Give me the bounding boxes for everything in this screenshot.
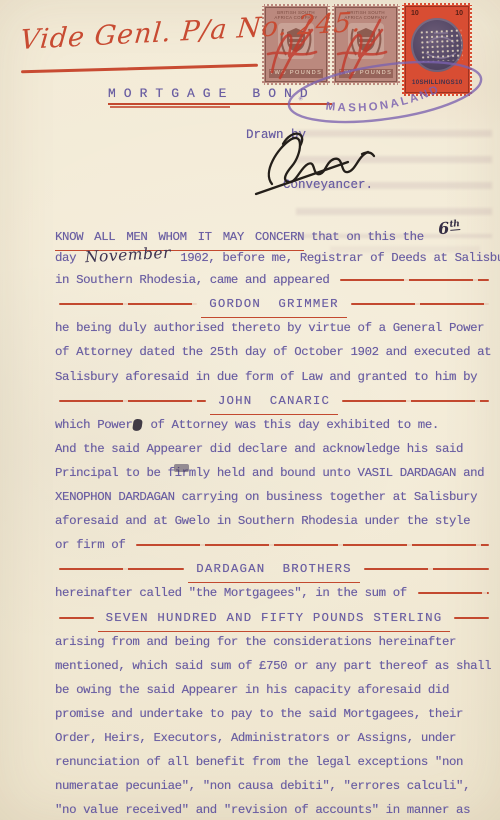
red-rule [59,303,197,305]
body-line: Salisbury aforesaid in due form of Law a… [55,365,493,389]
typewritten-text: he being duly authorised thereto by virt… [55,316,484,340]
typewritten-text: GORDON GRIMMER [201,292,347,318]
red-rule [59,400,206,402]
body-line: of Attorney dated the 25th day of Octobe… [55,340,493,364]
body-line: DARDAGAN BROTHERS [55,557,493,581]
stamp-value-row: 10 SHILLINGS 10 [409,78,465,88]
stamp-denomination: 10 [455,80,462,86]
body-line: SEVEN HUNDRED AND FIFTY POUNDS STERLING [55,606,493,630]
title-word: BOND [252,86,315,101]
body-line: Principal to be firmly held and bound un… [55,461,493,485]
typewritten-text: of Attorney was this day exhibited to me… [143,413,439,437]
red-rule [340,279,489,281]
revenue-stamp-ten-shillings: 10 10 10 SHILLINGS 10 [402,3,472,96]
typewritten-text: aforesaid and at Gwelo in Southern Rhode… [55,509,470,533]
note-underline [21,64,258,73]
stamp-denomination: 10 [411,10,419,17]
stamp-denomination: 10 [412,80,419,86]
title-word: MORTGAGE [108,86,234,101]
typewritten-text: be owing the said Appearer in his capaci… [55,678,449,702]
typewritten-text: DARDAGAN BROTHERS [188,557,359,583]
typewritten-text: promise and undertake to pay to the said… [55,702,463,726]
body-line: promise and undertake to pay to the said… [55,702,493,726]
title-red-underline [108,103,332,105]
typewritten-text: Principal to be f [55,461,175,485]
body-line: GORDON GRIMMER [55,292,493,316]
stamp-frame: 10 10 10 SHILLINGS 10 [405,6,469,93]
handwritten-month: November [85,241,172,270]
typewritten-text: ir [175,461,189,485]
typewritten-text: mly held and bound unto VASIL DARDAGAN a… [189,461,485,485]
typewritten-text: JOHN CANARIC [210,389,338,415]
typewritten-text: day [55,246,83,270]
typewritten-text: And the said Appearer did declare and ac… [55,437,463,461]
typewritten-text: XENOPHON DARDAGAN carrying on business t… [55,485,477,509]
typewritten-text: which Power [55,413,132,437]
body-text: KNOW ALL MEN WHOM IT MAY CONCERN that on… [55,220,493,820]
body-line: aforesaid and at Gwelo in Southern Rhode… [55,509,493,533]
body-line: mentioned, which said sum of £750 or any… [55,654,493,678]
typewritten-text: hereinafter called "the Mortgagees", in … [55,581,414,605]
document-title: MORTGAGEBOND [108,86,316,101]
body-line: or firm of [55,533,493,557]
typewritten-text: of Attorney dated the 25th day of Octobe… [55,340,491,364]
red-rule [364,568,489,570]
red-rule [59,568,184,570]
ink-blot [133,418,144,431]
body-line: be owing the said Appearer in his capaci… [55,678,493,702]
mortgage-bond-document: Vide Genl. P/a No. 245. BRITISH SOUTH AF… [0,0,500,820]
typewritten-text: SEVEN HUNDRED AND FIFTY POUNDS STERLING [98,606,451,632]
typewritten-text: renunciation of all benefit from the leg… [55,750,463,774]
handwritten-day: 6th [437,212,461,241]
stamp-denomination: 10 [455,10,463,17]
red-rule [418,592,489,594]
red-rule [351,303,489,305]
typewritten-text: Salisbury aforesaid in due form of Law a… [55,365,477,389]
body-line: numeratae pecuniae", "non causa debiti",… [55,774,493,798]
perfin-holes [419,28,463,62]
red-rule [59,617,94,619]
title-red-underline [110,106,230,108]
typewritten-text: arising from and being for the considera… [55,630,456,654]
body-line: day November 1902, before me, Registrar … [55,244,493,268]
body-line: "no value received" and "revision of acc… [55,798,493,820]
typewritten-text: mentioned, which said sum of £750 or any… [55,654,491,678]
typewritten-text: 1902, before me, Registrar of Deeds at S… [173,246,500,270]
typewritten-text: Order, Heirs, Executors, Administrators … [55,726,456,750]
typewritten-text: in Southern Rhodesia, came and appeared [55,268,336,292]
typewritten-text: numeratae pecuniae", "non causa debiti",… [55,774,470,798]
body-line: JOHN CANARIC [55,389,493,413]
body-line: he being duly authorised thereto by virt… [55,316,493,340]
body-line: in Southern Rhodesia, came and appeared [55,268,493,292]
body-line: Order, Heirs, Executors, Administrators … [55,726,493,750]
body-line: which Power of Attorney was this day exh… [55,413,493,437]
typewritten-text: "no value received" and "revision of acc… [55,798,470,820]
body-line: XENOPHON DARDAGAN carrying on business t… [55,485,493,509]
stamp-value-text: SHILLINGS [419,80,455,86]
red-rule [342,400,489,402]
body-line: hereinafter called "the Mortgagees", in … [55,581,493,605]
body-line: KNOW ALL MEN WHOM IT MAY CONCERN that on… [55,220,493,244]
red-rule [454,617,489,619]
red-rule [136,544,489,546]
conveyancer-signature [250,124,384,198]
body-line: And the said Appearer did declare and ac… [55,437,493,461]
body-line: renunciation of all benefit from the leg… [55,750,493,774]
typewritten-text: or firm of [55,533,132,557]
body-line: arising from and being for the considera… [55,630,493,654]
